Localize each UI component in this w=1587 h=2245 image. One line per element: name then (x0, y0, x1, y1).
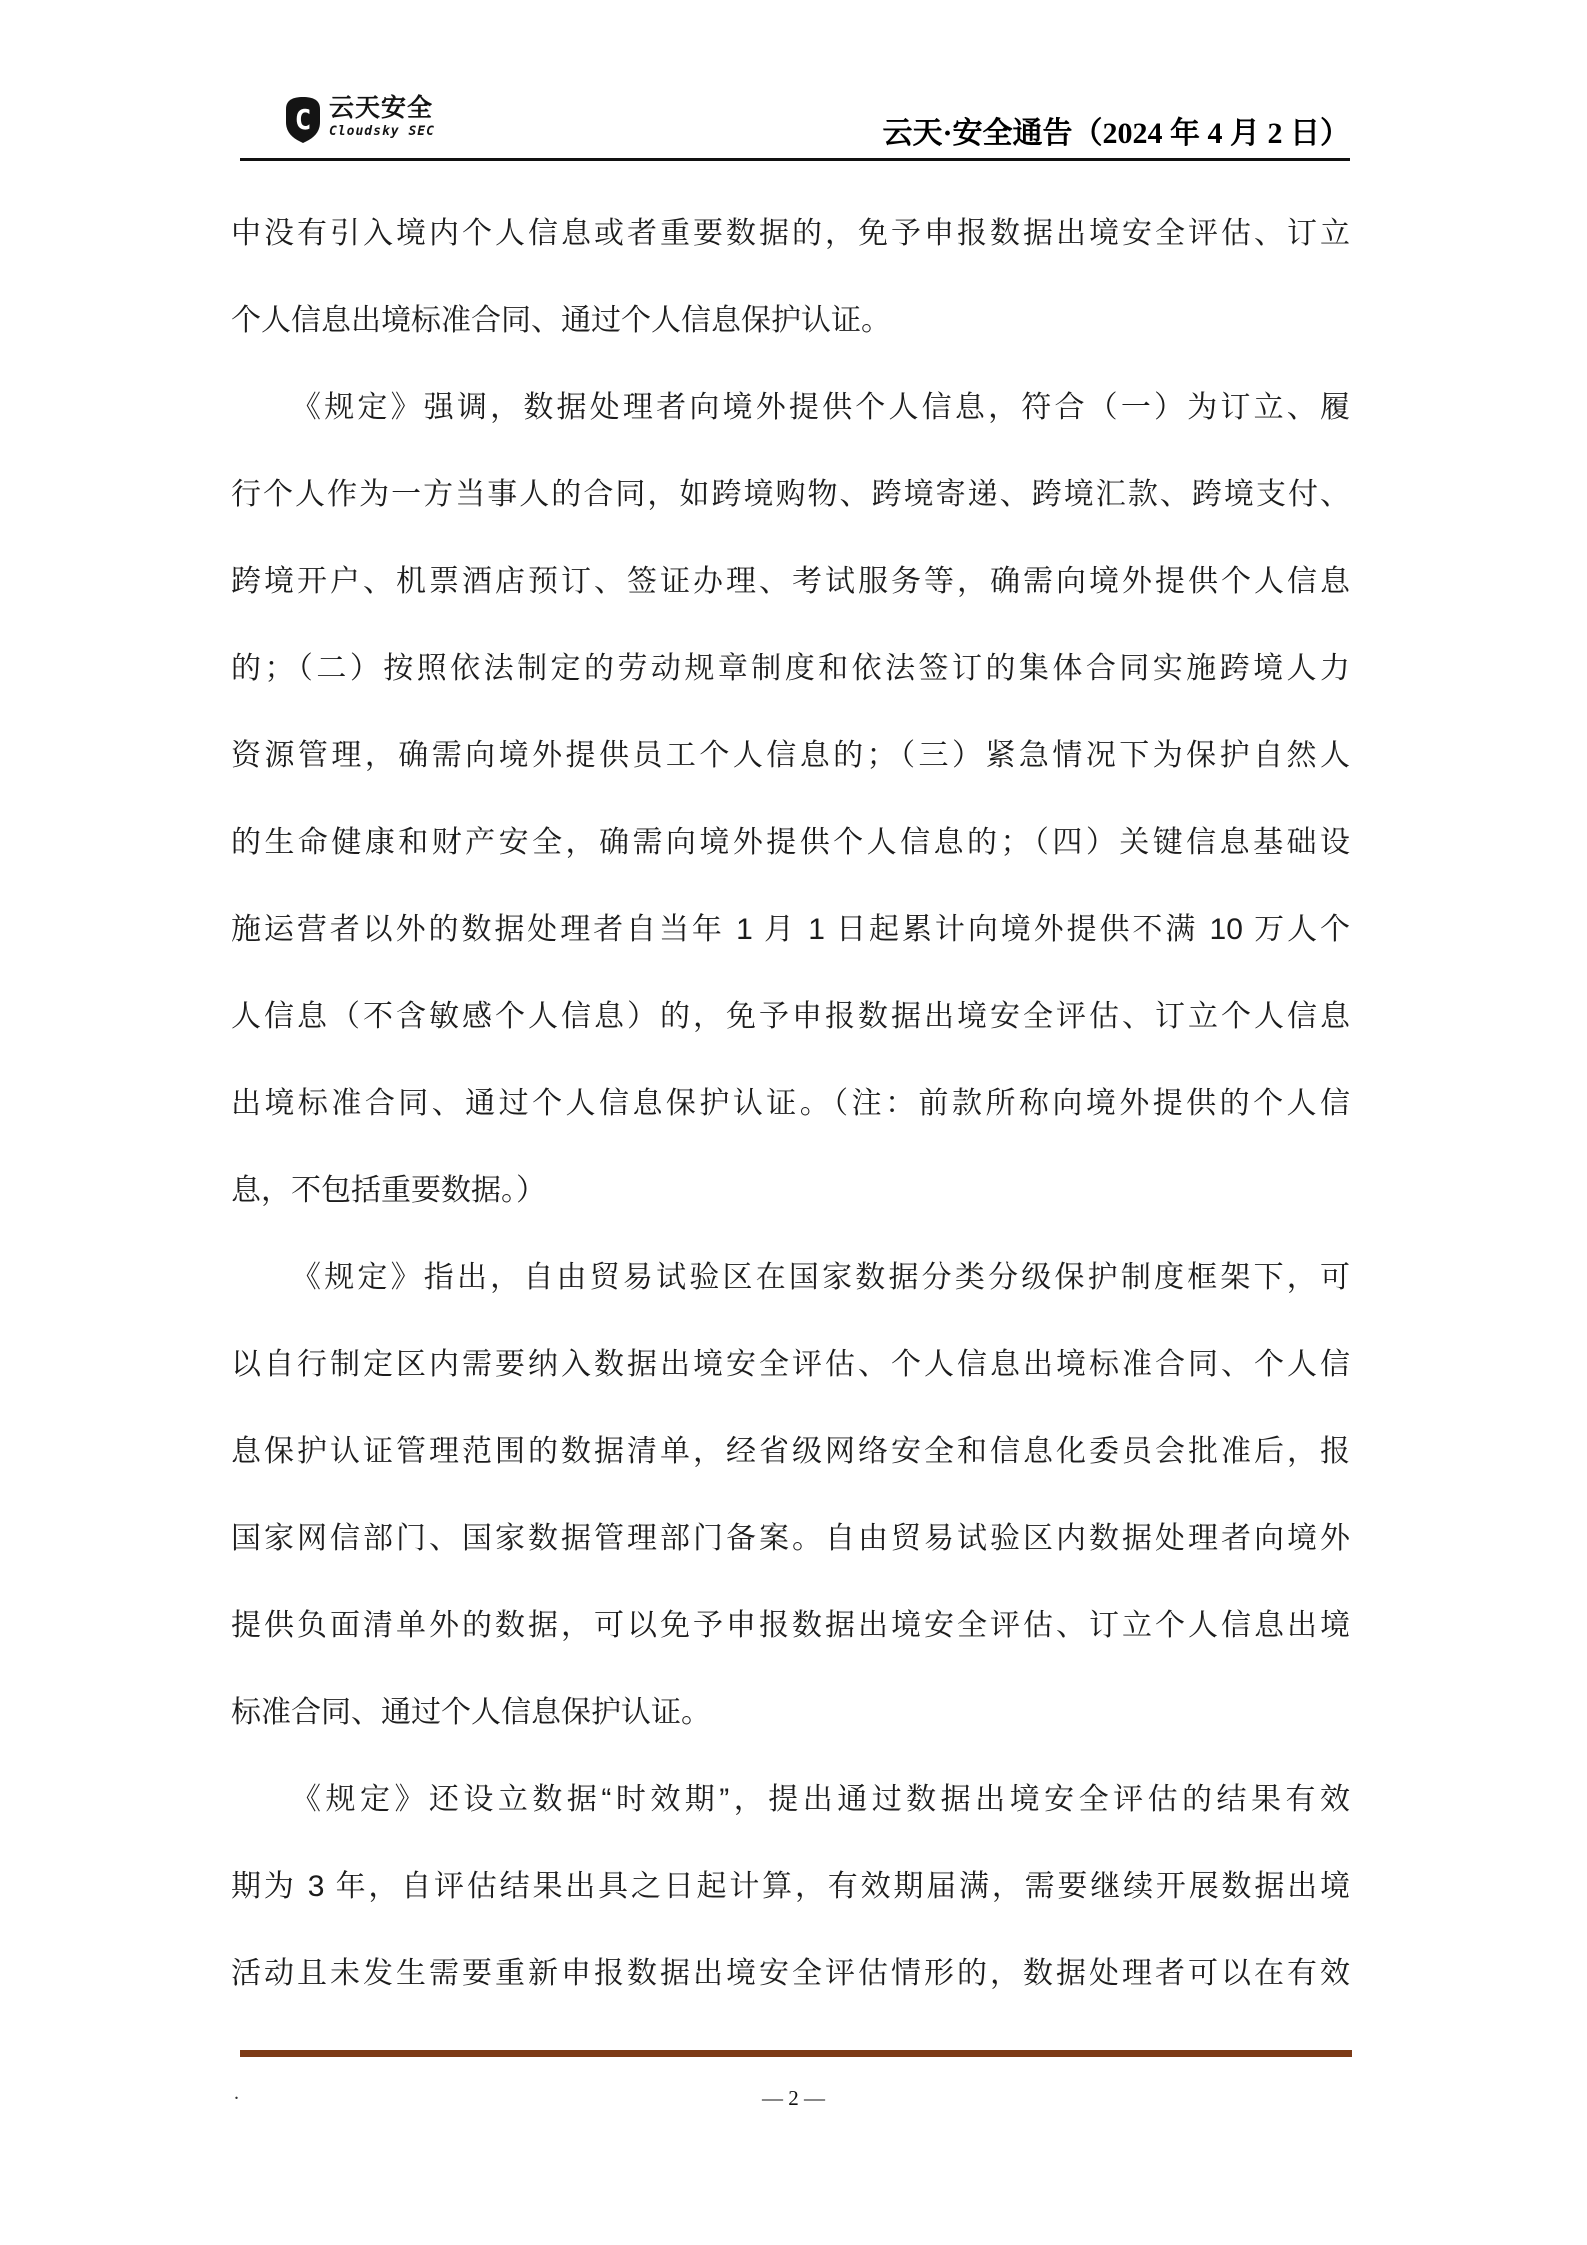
text-line: 《规定》指出，自由贸易试验区在国家数据分类分级保护制度框架下，可 (231, 1234, 1350, 1321)
text-line: 的生命健康和财产安全，确需向境外提供个人信息的；（四）关键信息基础设 (231, 799, 1350, 886)
text-line: 国家网信部门、国家数据管理部门备案。自由贸易试验区内数据处理者向境外 (231, 1495, 1350, 1582)
shield-c-icon: C (284, 96, 322, 144)
page-number: — 2 — (0, 2086, 1587, 2111)
bulletin-title: 云天·安全通告（2024 年 4 月 2 日） (882, 108, 1350, 152)
text-line: 个人信息出境标准合同、通过个人信息保护认证。 (231, 277, 1350, 364)
svg-text:C: C (295, 103, 312, 136)
text-line: 行个人作为一方当事人的合同，如跨境购物、跨境寄递、跨境汇款、跨境支付、 (231, 451, 1350, 538)
text-line: 息，不包括重要数据。） (231, 1147, 1350, 1234)
document-page: C 云天安全 Cloudsky SEC 云天·安全通告（2024 年 4 月 2… (0, 0, 1587, 2245)
text-line: 以自行制定区内需要纳入数据出境安全评估、个人信息出境标准合同、个人信 (231, 1321, 1350, 1408)
text-line: 标准合同、通过个人信息保护认证。 (231, 1669, 1350, 1756)
brand-logo: C 云天安全 Cloudsky SEC (284, 96, 435, 144)
text-line: 《规定》还设立数据“时效期”，提出通过数据出境安全评估的结果有效 (231, 1756, 1350, 1843)
text-line: 人信息（不含敏感个人信息）的，免予申报数据出境安全评估、订立个人信息 (231, 973, 1350, 1060)
text-line: 出境标准合同、通过个人信息保护认证。（注：前款所称向境外提供的个人信 (231, 1060, 1350, 1147)
text-line: 活动且未发生需要重新申报数据出境安全评估情形的，数据处理者可以在有效 (231, 1930, 1350, 2017)
brand-name-cn: 云天安全 (329, 96, 435, 121)
text-line: 的；（二）按照依法制定的劳动规章制度和依法签订的集体合同实施跨境人力 (231, 625, 1350, 712)
brand-name-en: Cloudsky SEC (329, 125, 435, 138)
text-line: 中没有引入境内个人信息或者重要数据的，免予申报数据出境安全评估、订立 (231, 190, 1350, 277)
brand-text: 云天安全 Cloudsky SEC (329, 96, 435, 138)
text-line: 期为 3 年，自评估结果出具之日起计算，有效期届满，需要继续开展数据出境 (231, 1843, 1350, 1930)
text-line: 施运营者以外的数据处理者自当年 1 月 1 日起累计向境外提供不满 10 万人个 (231, 886, 1350, 973)
text-line: 跨境开户、机票酒店预订、签证办理、考试服务等，确需向境外提供个人信息 (231, 538, 1350, 625)
text-line: 提供负面清单外的数据，可以免予申报数据出境安全评估、订立个人信息出境 (231, 1582, 1350, 1669)
text-line: 息保护认证管理范围的数据清单，经省级网络安全和信息化委员会批准后，报 (231, 1408, 1350, 1495)
footer-rule (240, 2050, 1352, 2057)
text-line: 资源管理，确需向境外提供员工个人信息的；（三）紧急情况下为保护自然人 (231, 712, 1350, 799)
text-line: 《规定》强调，数据处理者向境外提供个人信息，符合（一）为订立、履 (231, 364, 1350, 451)
header-rule (240, 158, 1350, 161)
document-body: 中没有引入境内个人信息或者重要数据的，免予申报数据出境安全评估、订立个人信息出境… (231, 190, 1350, 2017)
